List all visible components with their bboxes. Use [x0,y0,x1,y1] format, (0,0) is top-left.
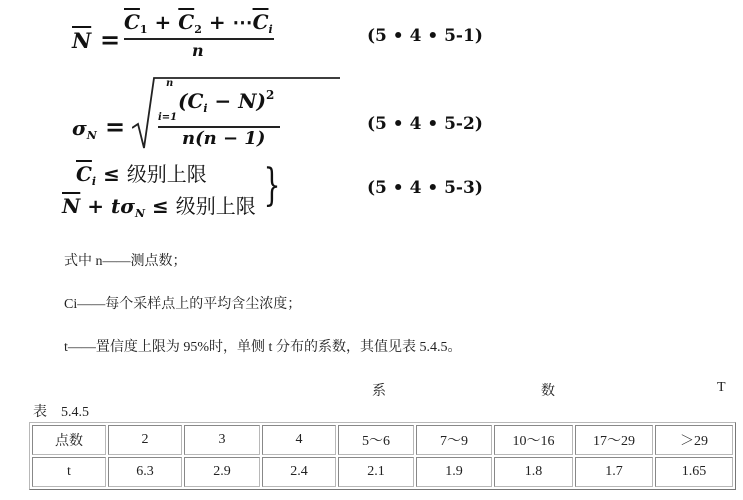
definition-ci: Ci——每个采样点上的平均含尘浓度； [64,293,301,313]
formula-mean: N = C1 + C2 + ⋯Ci n [70,8,290,68]
table-cell: t [32,457,106,487]
fraction-bar [124,38,274,40]
right-brace-icon: } [264,160,281,211]
table-title-char-2: 数 [541,380,555,400]
table-title-char-1: 系 [372,380,386,400]
sum-lower-limit: i=1 [158,112,177,123]
table-cell: 1.8 [494,457,573,487]
limit-condition-2: N + tσN ≤ 级别上限 [62,190,256,220]
equation-number-3: (5 • 4 • 5-3) [367,178,483,198]
table-cell: 2.4 [262,457,336,487]
sum-upper-limit: n [166,78,173,89]
equation-number-2: (5 • 4 • 5-2) [367,114,483,134]
formula-stddev-denominator: n(n − 1) [182,128,265,149]
formula-limits: Ci ≤ 级别上限 N + tσN ≤ 级别上限 } [62,156,292,228]
table-header-row: 点数 2 3 4 5～6 7～9 10～16 17～29 ＞29 [32,425,733,455]
table-cell: 点数 [32,425,106,455]
formula-stddev: σN = n i=1 (Ci − N)2 n(n − 1) [70,72,300,152]
limit-condition-1: Ci ≤ 级别上限 [76,158,207,188]
table-cell: 1.7 [575,457,653,487]
table-cell: 3 [184,425,260,455]
table-cell: 2 [108,425,182,455]
equals-sign: = [100,25,120,54]
table-title-char-3: T [717,380,726,396]
formula-stddev-numerator: (Ci − N)2 [178,88,274,115]
table-row: t 6.3 2.9 2.4 2.1 1.9 1.8 1.7 1.65 [32,457,733,487]
formula-mean-numerator: C1 + C2 + ⋯Ci [124,10,273,36]
table-cell: 4 [262,425,336,455]
table-cell: 2.9 [184,457,260,487]
equals-sign: = [105,112,125,141]
table-cell: 1.9 [416,457,492,487]
table-label: 表 5.4.5 [33,401,89,421]
table-cell: 10～16 [494,425,573,455]
table-cell: ＞29 [655,425,733,455]
table-cell: 1.65 [655,457,733,487]
definition-t: t——置信度上限为 95%时，单侧 t 分布的系数，其值见表 5.4.5。 [64,336,461,356]
table-cell: 2.1 [338,457,414,487]
formula-mean-denominator: n [192,41,204,60]
coefficient-table: 点数 2 3 4 5～6 7～9 10～16 17～29 ＞29 t 6.3 2… [29,422,736,490]
table-cell: 5～6 [338,425,414,455]
table-cell: 17～29 [575,425,653,455]
formula-stddev-lhs: σN [72,116,97,142]
equation-number-1: (5 • 4 • 5-1) [367,26,483,46]
table-cell: 7～9 [416,425,492,455]
table-cell: 6.3 [108,457,182,487]
formula-mean-lhs: N [72,28,91,53]
definition-n: 式中 n——测点数； [64,250,187,270]
